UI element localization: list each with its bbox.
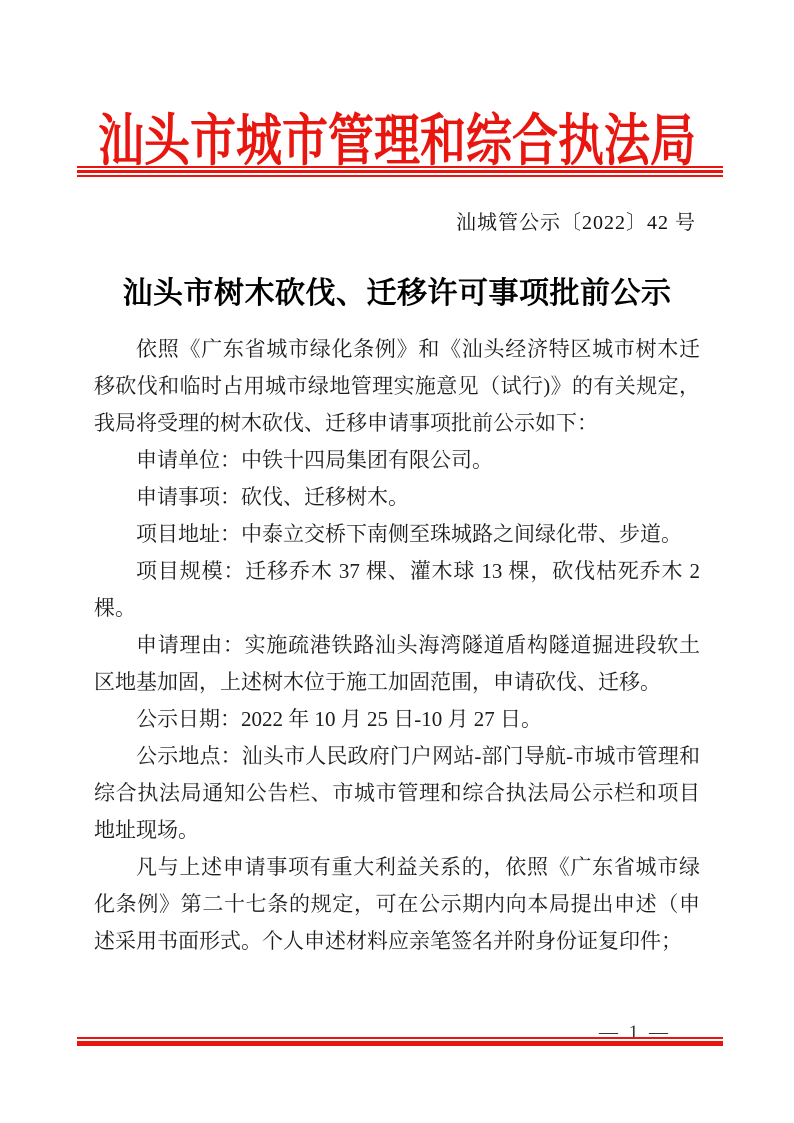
body-paragraph-objection-note: 凡与上述申请事项有重大利益关系的，依照《广东省城市绿化条例》第二十七条的规定，可… bbox=[94, 849, 700, 960]
body-paragraph-publicity-location: 公示地点：汕头市人民政府门户网站-部门导航-市城市管理和综合执法局通知公告栏、市… bbox=[94, 738, 700, 849]
header-divider bbox=[77, 166, 723, 177]
body-paragraph-publicity-date: 公示日期：2022 年 10 月 25 日-10 月 27 日。 bbox=[94, 701, 700, 738]
header-divider-line-bottom bbox=[77, 175, 723, 177]
body-paragraph-project-address: 项目地址：中泰立交桥下南侧至珠城路之间绿化带、步道。 bbox=[94, 516, 700, 553]
footer-divider-line-thick bbox=[77, 1041, 723, 1046]
document-page: 汕头市城市管理和综合执法局 汕城管公示〔2022〕42 号 汕头市树木砍伐、迁移… bbox=[0, 0, 794, 1123]
header-divider-line-middle bbox=[77, 170, 723, 173]
body-paragraph-application-item: 申请事项：砍伐、迁移树木。 bbox=[94, 479, 700, 516]
notice-body: 依照《广东省城市绿化条例》和《汕头经济特区城市树木迁移砍伐和临时占用城市绿地管理… bbox=[94, 331, 700, 960]
body-paragraph-intro: 依照《广东省城市绿化条例》和《汕头经济特区城市树木迁移砍伐和临时占用城市绿地管理… bbox=[94, 331, 700, 442]
doc-number: 汕城管公示〔2022〕42 号 bbox=[456, 206, 696, 235]
body-paragraph-project-scale: 项目规模：迁移乔木 37 棵、灌木球 13 棵，砍伐枯死乔木 2 棵。 bbox=[94, 553, 700, 627]
notice-title: 汕头市树木砍伐、迁移许可事项批前公示 bbox=[0, 268, 794, 312]
header-divider-line-top bbox=[77, 166, 723, 168]
letterhead-banner: 汕头市城市管理和综合执法局 bbox=[0, 96, 794, 168]
agency-name: 汕头市城市管理和综合执法局 bbox=[98, 96, 696, 177]
body-paragraph-applicant: 申请单位：中铁十四局集团有限公司。 bbox=[94, 442, 700, 479]
body-paragraph-application-reason: 申请理由：实施疏港铁路汕头海湾隧道盾构隧道掘进段软土区地基加固，上述树木位于施工… bbox=[94, 627, 700, 701]
footer-divider-line-thin bbox=[77, 1037, 723, 1039]
